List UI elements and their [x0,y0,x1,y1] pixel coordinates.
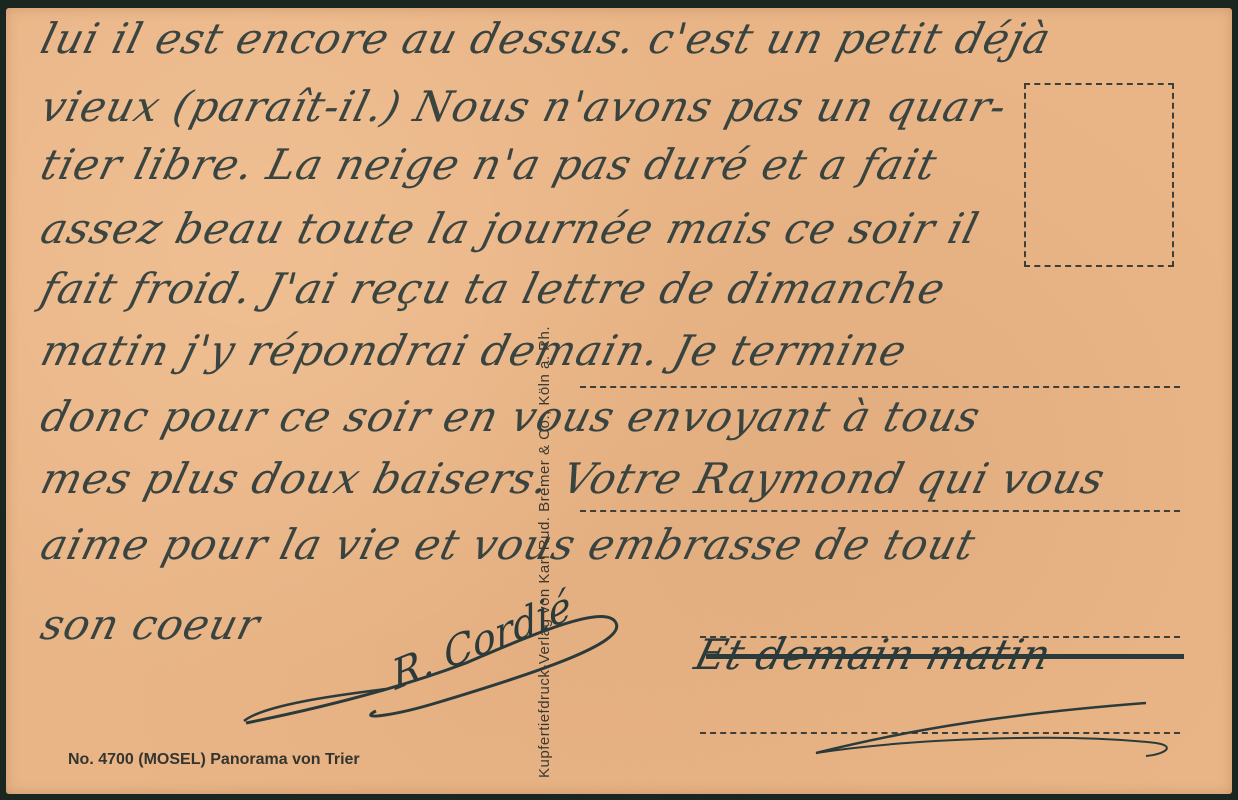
stamp-box [1024,83,1174,267]
handwriting-line-6: matin j'y répondrai demain. Je termine [36,326,912,375]
address-line-2 [580,510,1180,512]
handwriting-line-3: tier libre. La neige n'a pas duré et a f… [36,140,942,189]
handwriting-line-4: assez beau toute la journée mais ce soir… [36,204,984,253]
underline-flourish-icon [766,698,1186,768]
postcard-caption: No. 4700 (MOSEL) Panorama von Trier [68,751,360,769]
handwriting-line-5: fait froid. J'ai reçu ta lettre de diman… [36,264,951,313]
handwriting-line-7: donc pour ce soir en vous envoyant à tou… [36,392,986,441]
address-line-1 [580,386,1180,388]
postcard: lui il est encore au dessus. c'est un pe… [6,8,1232,794]
handwriting-line-10: son coeur [36,600,265,649]
strike-through-bar [706,654,1184,659]
handwriting-line-9: aime pour la vie et vous embrasse de tou… [36,520,981,569]
handwriting-line-2: vieux (paraît-il.) Nous n'avons pas un q… [36,82,1012,131]
handwriting-line-8: mes plus doux baisers. Votre Raymond qui… [36,454,1110,503]
handwriting-line-1: lui il est encore au dessus. c'est un pe… [36,14,1056,63]
